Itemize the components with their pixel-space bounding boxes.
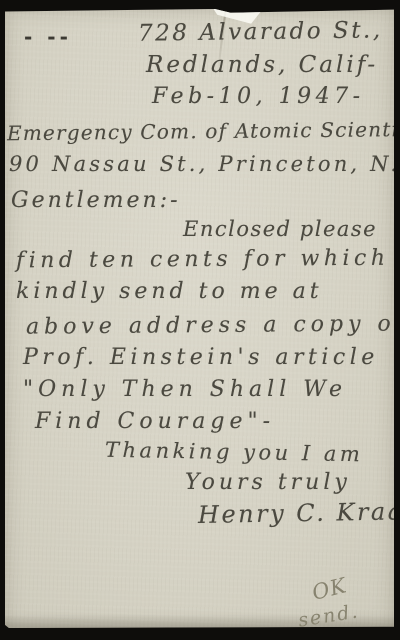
sender-address-line-2: Redlands, Calif- (146, 52, 378, 78)
body-line-7-article-title: Find Courage"- (35, 409, 275, 434)
body-line-1: Enclosed please (183, 217, 377, 241)
body-line-6-article-title: "Only Then Shall We (23, 377, 347, 402)
signature: Henry C. Kraak (198, 497, 394, 529)
scanned-letter: - -- 728 Alvarado St., Redlands, Calif- … (0, 0, 400, 640)
sender-address-line-1: 728 Alvarado St., (138, 17, 383, 46)
recipient-line-1: Emergency Com. of Atomic Scientists (7, 117, 394, 145)
letter-paper: - -- 728 Alvarado St., Redlands, Calif- … (5, 9, 394, 628)
recipient-line-2: 90 Nassau St., Princeton, N.J. (9, 152, 394, 176)
letter-date-line: Feb-10, 1947- (152, 84, 365, 109)
closing-line-1: Thanking you I am (105, 438, 364, 467)
body-line-4: above address a copy of (26, 311, 394, 339)
top-left-pen-marks: - -- (24, 25, 72, 49)
body-line-2: find ten cents for which (16, 246, 390, 274)
body-line-5: Prof. Einstein's article (23, 345, 379, 370)
pencil-annotation-ok: OK (310, 573, 350, 605)
closing-line-2: Yours truly (185, 470, 351, 495)
body-line-3: kindly send to me at (16, 279, 323, 304)
salutation-line: Gentlemen:- (11, 188, 181, 213)
